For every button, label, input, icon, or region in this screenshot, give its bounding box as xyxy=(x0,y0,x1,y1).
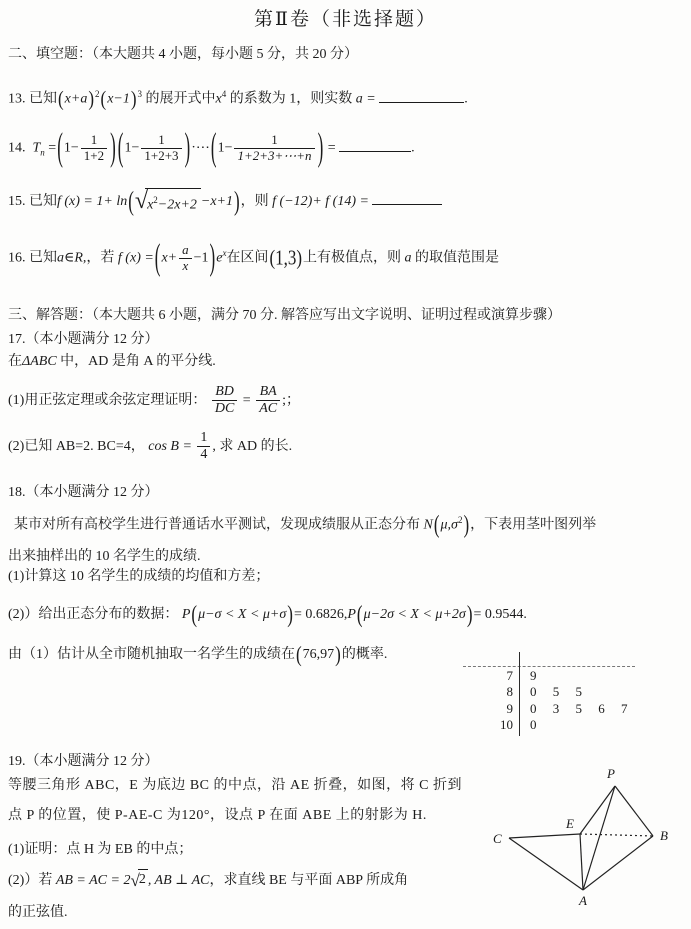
q18-p1a: 某市对所有高校学生进行普通话水平测试，发现成绩服从正态分布 xyxy=(14,518,420,533)
q19-line1: 等腰三角形 ABC，E 为底边 BC 的中点，沿 AE 折叠，如图，将 C 折到 xyxy=(8,776,462,796)
q16-tail: 的取值范围是 xyxy=(415,251,499,266)
left-paren: ( xyxy=(117,125,125,171)
q18-title: 18.（本小题满分 12 分） xyxy=(8,483,159,503)
edge-AB xyxy=(583,836,653,890)
q15-lhs: f (x) = 1+ ln xyxy=(57,194,127,209)
q16-frac: ax xyxy=(179,243,192,274)
edge-CA xyxy=(509,838,583,890)
right-paren: ) xyxy=(317,125,325,171)
q15-rhs: f (−12)+ f (14) = xyxy=(272,194,369,209)
question-16: 16. 已知a∈R,，若 f (x) =(x+ax−1)ex在区间(1,3)上有… xyxy=(8,243,499,274)
q13-answer-blank xyxy=(379,89,464,103)
right-paren: ) xyxy=(462,510,470,540)
q18-part2: (2)）给出正态分布的数据： P(μ−σ < X < μ+σ)= 0.6826,… xyxy=(8,605,527,625)
edge-EA xyxy=(580,834,583,890)
left-paren: ( xyxy=(100,87,108,112)
right-paren: ) xyxy=(466,601,474,629)
q18-pr2-inner: μ−2σ < X < μ+2σ xyxy=(364,607,466,622)
right-paren: ) xyxy=(334,642,342,668)
stemleaf-stem: 8 xyxy=(453,684,513,700)
q13-exp3: 4 xyxy=(222,89,227,99)
left-paren: ( xyxy=(356,601,364,629)
q15-known: 已知 xyxy=(29,194,57,209)
q18-pr1-eq: = 0.6826, xyxy=(294,607,347,622)
right-paren: ) xyxy=(109,125,117,171)
q18-pr2-P: P xyxy=(347,607,356,622)
section-fill-in-heading: 二、填空题：（本大题共 4 小题，每小题 5 分，共 20 分） xyxy=(8,45,358,65)
right-paren: ) xyxy=(130,87,138,112)
q14-f3-lead: 1− xyxy=(218,141,233,156)
vertex-label-B: B xyxy=(660,828,668,843)
question-13: 13. 已知(x+a)2(x−1)3 的展开式中x4 的系数为 1，则实数 a … xyxy=(8,84,468,110)
stemleaf-row: 90 3 5 6 7 xyxy=(453,701,648,717)
q19-title: 19.（本小题满分 12 分） xyxy=(8,752,159,772)
q14-eq: = xyxy=(48,141,56,156)
q15-number: 15. xyxy=(8,194,26,209)
q16-post-int: 上有极值点，则 xyxy=(303,251,401,266)
q13-binom1: x+a xyxy=(65,92,88,107)
q17-intro-pre: 在 xyxy=(8,354,22,369)
q14-answer-blank xyxy=(339,138,411,152)
q17-part1-tail: ;； xyxy=(282,393,300,408)
q16-number: 16. xyxy=(8,251,26,266)
q17-part2-tail: , 求 AD 的长. xyxy=(212,439,292,454)
question-15: 15. 已知f (x) = 1+ ln(√x2−2x+2−x+1)，则 f (−… xyxy=(8,188,442,216)
q16-known: 已知 xyxy=(29,251,57,266)
q13-period: . xyxy=(464,92,468,107)
right-paren: ) xyxy=(233,186,241,218)
fold-geometry-figure: P E C B A xyxy=(490,757,690,912)
q18-part3: 由（1）估计从全市随机抽取一名学生的成绩在(76,97)的概率. xyxy=(8,645,387,665)
q14-period: . xyxy=(411,141,415,156)
q18-part3-pre: 由（1）估计从全市随机抽取一名学生的成绩在 xyxy=(8,647,295,662)
q18-part2-pre: (2)）给出正态分布的数据： xyxy=(8,607,178,622)
q14-dots: ·⋯ xyxy=(191,141,210,156)
q19-radicand: 2 xyxy=(138,869,148,890)
q16-aR: a∈R, xyxy=(57,251,86,266)
q18-pr2-eq: = 0.9544. xyxy=(473,607,526,622)
q18-range: 76,97 xyxy=(303,647,335,662)
q18-part3-tail: 的概率. xyxy=(342,647,388,662)
q19-line2: 点 P 的位置，使 P-AE-C 为120°，设点 P 在面 ABE 上的射影为… xyxy=(8,806,427,826)
vertex-label-C: C xyxy=(493,831,502,846)
q15-after-rad: −x+1 xyxy=(201,194,233,209)
left-paren: ( xyxy=(56,125,64,171)
left-paren: ( xyxy=(295,642,303,668)
q18-para2: 出来抽样出的 10 名学生的成绩. xyxy=(8,547,201,567)
q18-nd-inner: μ,σ xyxy=(441,518,458,533)
q14-lhs-sub: n xyxy=(40,147,45,157)
q13-var-eq: a = xyxy=(356,92,376,107)
edge-CE xyxy=(509,834,580,838)
q14-frac1: 11+2 xyxy=(81,133,107,164)
q17-triangle: ΔABC xyxy=(22,354,57,369)
vertex-label-P: P xyxy=(606,766,615,781)
stemleaf-leaves: 0 5 5 xyxy=(513,684,584,700)
q13-mid: 的展开式中 xyxy=(146,92,216,107)
left-paren: ( xyxy=(127,186,135,218)
q14-frac3: 11+2+3+⋯+n xyxy=(234,133,314,164)
q14-f1-lead: 1− xyxy=(64,141,79,156)
page-title: 第Ⅱ卷（非选择题） xyxy=(0,10,691,30)
question-14: 14. Tn =(1−11+2)(1−11+2+3)·⋯(1−11+2+3+⋯+… xyxy=(8,133,415,164)
q19-line3: (1)证明：点 H 为 EB 的中点； xyxy=(8,840,192,860)
q18-pr1-inner: μ−σ < X < μ+σ xyxy=(198,607,286,622)
stem-leaf-plot: 7980 5 590 3 5 6 7100 xyxy=(453,644,648,739)
stemleaf-leaves: 0 xyxy=(513,717,539,733)
q16-fx: f (x) = xyxy=(118,251,154,266)
q15-radicand: x2−2x+2 xyxy=(145,188,201,216)
q14-f2-lead: 1− xyxy=(124,141,139,156)
left-paren: ( xyxy=(190,601,198,629)
left-paren: ( xyxy=(154,236,162,280)
q16-minus1: −1 xyxy=(194,251,209,266)
vertex-label-A: A xyxy=(578,893,587,908)
left-paren: ( xyxy=(433,510,441,540)
q18-pr1-P: P xyxy=(182,607,191,622)
q18-part1: (1)计算这 10 名学生的成绩的均值和方差； xyxy=(8,567,269,587)
stemleaf-rows: 7980 5 590 3 5 6 7100 xyxy=(453,668,648,733)
q17-frac3: 14 xyxy=(197,430,210,463)
q17-part2-pre: (2)已知 AB=2. BC=4， xyxy=(8,439,145,454)
q17-frac2: BAAC xyxy=(256,384,280,417)
q14-eq2: = xyxy=(328,141,336,156)
edge-PB xyxy=(615,786,653,836)
q13-known: 已知 xyxy=(29,92,57,107)
q19-l4-m1: AB = AC = 2 xyxy=(56,873,131,888)
q19-line4: (2)）若 AB = AC = 2√2, AB ⊥ AC，求直线 BE 与平面 … xyxy=(8,869,408,891)
q18-p1b: ，下表用茎叶图列举 xyxy=(470,518,596,533)
q16-interval: (1,3) xyxy=(268,246,303,271)
q17-intro-post: 中，AD 是角 A 的平分线. xyxy=(57,354,216,369)
right-paren: ) xyxy=(209,236,217,280)
q16-ruo: ，若 xyxy=(86,251,114,266)
q17-title: 17.（本小题满分 12 分） xyxy=(8,330,159,350)
exam-page: 第Ⅱ卷（非选择题） 二、填空题：（本大题共 4 小题，每小题 5 分，共 20 … xyxy=(0,0,691,929)
edge-EB-hidden xyxy=(580,834,653,836)
q18-normal-N: N xyxy=(424,518,433,533)
q19-l4-tail: ，求直线 BE 与平面 ABP 所成角 xyxy=(209,873,408,888)
q15-answer-blank xyxy=(372,191,442,205)
right-paren: ) xyxy=(286,601,294,629)
q17-intro: 在ΔABC 中，AD 是角 A 的平分线. xyxy=(8,352,216,372)
q19-l4-m2: , AB ⊥ AC xyxy=(148,873,210,888)
stemleaf-leaves: 0 3 5 6 7 xyxy=(513,701,630,717)
left-paren: ( xyxy=(57,87,65,112)
q17-part2: (2)已知 AB=2. BC=4， cos B = 14, 求 AD 的长. xyxy=(8,430,292,463)
q17-part1-pre: (1)用正弦定理或余弦定理证明： xyxy=(8,393,206,408)
q16-xplus: x+ xyxy=(161,251,177,266)
left-paren: ( xyxy=(210,125,218,171)
stemleaf-row: 80 5 5 xyxy=(453,684,648,700)
q15-then: ，则 xyxy=(241,194,269,209)
q17-frac1: BDDC xyxy=(212,384,237,417)
q14-number: 14. xyxy=(8,141,26,156)
vertex-label-E: E xyxy=(565,816,574,831)
stemleaf-leaves: 9 xyxy=(513,668,539,684)
q19-l4-pre: (2)）若 xyxy=(8,873,52,888)
right-paren: ) xyxy=(87,87,95,112)
stemleaf-stem: 10 xyxy=(453,717,513,733)
q13-exp2: 3 xyxy=(138,89,143,99)
q17-part1: (1)用正弦定理或余弦定理证明： BDDC = BAAC;； xyxy=(8,384,300,417)
section-solve-heading: 三、解答题：（本大题共 6 小题，满分 70 分. 解答应写出文字说明、证明过程… xyxy=(8,306,561,326)
q16-pre-int: 在区间 xyxy=(226,251,268,266)
stemleaf-top-rule xyxy=(463,666,635,667)
stemleaf-row: 100 xyxy=(453,717,648,733)
stemleaf-stem: 7 xyxy=(453,668,513,684)
sqrt-icon: √ xyxy=(135,189,148,213)
q16-a: a xyxy=(405,251,412,266)
edge-EP xyxy=(580,786,615,834)
q14-frac2: 11+2+3 xyxy=(141,133,181,164)
q17-eq: = xyxy=(243,393,251,408)
stemleaf-stem: 9 xyxy=(453,701,513,717)
edge-PA xyxy=(583,786,615,890)
q13-binom2: x−1 xyxy=(107,92,130,107)
q19-line5: 的正弦值. xyxy=(8,903,68,923)
q13-after: 的系数为 1，则实数 xyxy=(230,92,353,107)
q13-number: 13. xyxy=(8,92,26,107)
q18-para1: 某市对所有高校学生进行普通话水平测试，发现成绩服从正态分布 N(μ,σ2)，下表… xyxy=(14,510,596,536)
q17-cos: cos B = xyxy=(148,439,192,454)
right-paren: ) xyxy=(184,125,192,171)
stemleaf-row: 79 xyxy=(453,668,648,684)
